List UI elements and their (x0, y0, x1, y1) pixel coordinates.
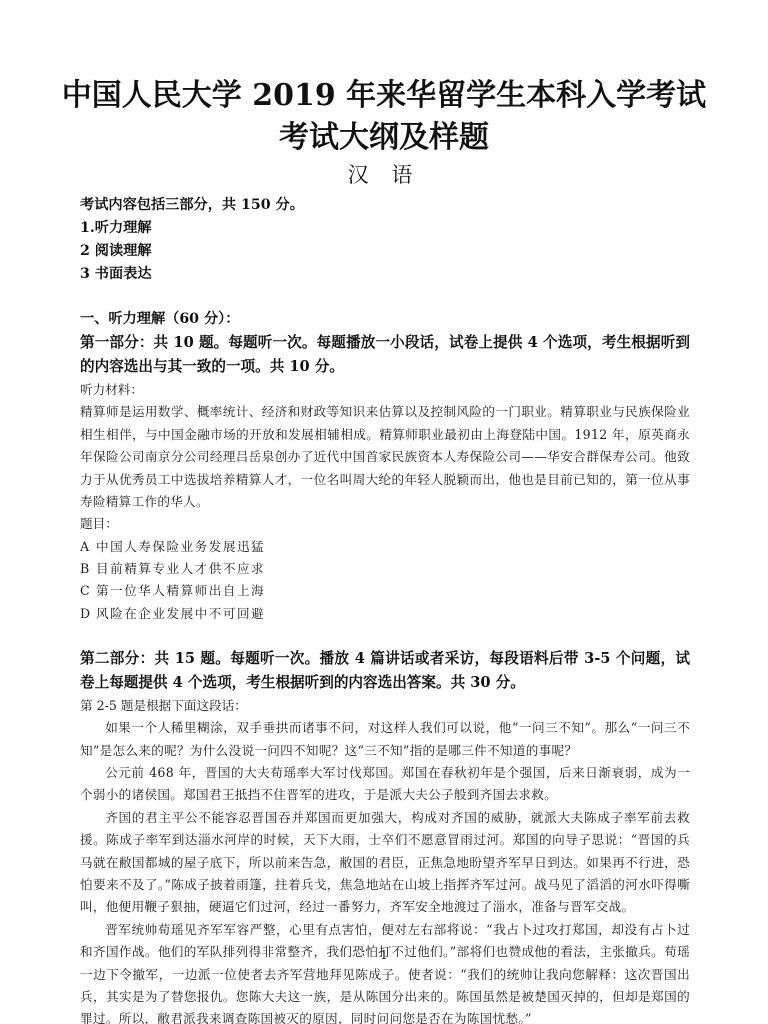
overview-part-1: 1.听力理解 (80, 217, 690, 240)
option-text: 风险在企业发展中不可回避 (96, 606, 265, 621)
option-text: 目前精算专业人才供不应求 (96, 561, 265, 576)
option-key: B (80, 558, 96, 580)
overview-part-2: 2 阅读理解 (80, 240, 690, 263)
overview-intro: 考试内容包括三部分，共 150 分。 (80, 194, 690, 217)
overview-part-3: 3 书面表达 (80, 263, 690, 286)
option-text: 中国人寿保险业务发展迅猛 (96, 539, 265, 554)
section1-heading: 一、听力理解（60 分）： (80, 308, 690, 331)
option-c: C第一位华人精算师出自上海 (80, 580, 690, 602)
part1-instruction: 第一部分：共 10 题。每题听一次。每题播放一小段话，试卷上提供 4 个选项，考… (80, 331, 690, 379)
document-page: 中国人民大学 2019 年来华留学生本科入学考试 考试大纲及样题 汉 语 考试内… (0, 0, 768, 1024)
passage-paragraph: 齐国的君主平公不能容忍晋国吞并郑国而更加强大，构成对齐国的威胁，就派大夫陈成子率… (80, 807, 690, 919)
page-number: 1 (0, 948, 768, 962)
passage-label: 第 2-5 题是根据下面这段话： (80, 695, 690, 717)
document-title-line1: 中国人民大学 2019 年来华留学生本科入学考试 (0, 76, 768, 116)
option-b: B目前精算专业人才供不应求 (80, 558, 690, 580)
material-label: 听力材料： (80, 379, 690, 401)
document-body: 考试内容包括三部分，共 150 分。 1.听力理解 2 阅读理解 3 书面表达 … (80, 194, 690, 1024)
passage-paragraph: 公元前 468 年，晋国的大夫荀瑶率大军讨伐郑国。郑国在春秋初年是个强国，后来日… (80, 762, 690, 807)
question-label: 题目： (80, 513, 690, 535)
spacer (80, 625, 690, 647)
option-a: A中国人寿保险业务发展迅猛 (80, 536, 690, 558)
passage-paragraph: 如果一个人稀里糊涂，双手垂拱而诸事不问，对这样人我们可以说，他“一问三不知”。那… (80, 717, 690, 762)
option-key: A (80, 536, 96, 558)
option-key: C (80, 580, 96, 602)
option-key: D (80, 603, 96, 625)
document-title-line2: 考试大纲及样题 (0, 118, 768, 158)
subject-heading: 汉 语 (0, 160, 768, 190)
option-d: D风险在企业发展中不可回避 (80, 603, 690, 625)
material-text: 精算师是运用数学、概率统计、经济和财政等知识来估算以及控制风险的一门职业。精算职… (80, 401, 690, 513)
passage-paragraph: 晋军统帅荀瑶见齐军军容严整，心里有点害怕，便对左右部将说：“我占卜过攻打郑国，却… (80, 919, 690, 1024)
spacer (80, 286, 690, 308)
option-text: 第一位华人精算师出自上海 (96, 583, 265, 598)
part2-instruction: 第二部分：共 15 题。每题听一次。播放 4 篇讲话或者采访，每段语料后带 3-… (80, 647, 690, 695)
